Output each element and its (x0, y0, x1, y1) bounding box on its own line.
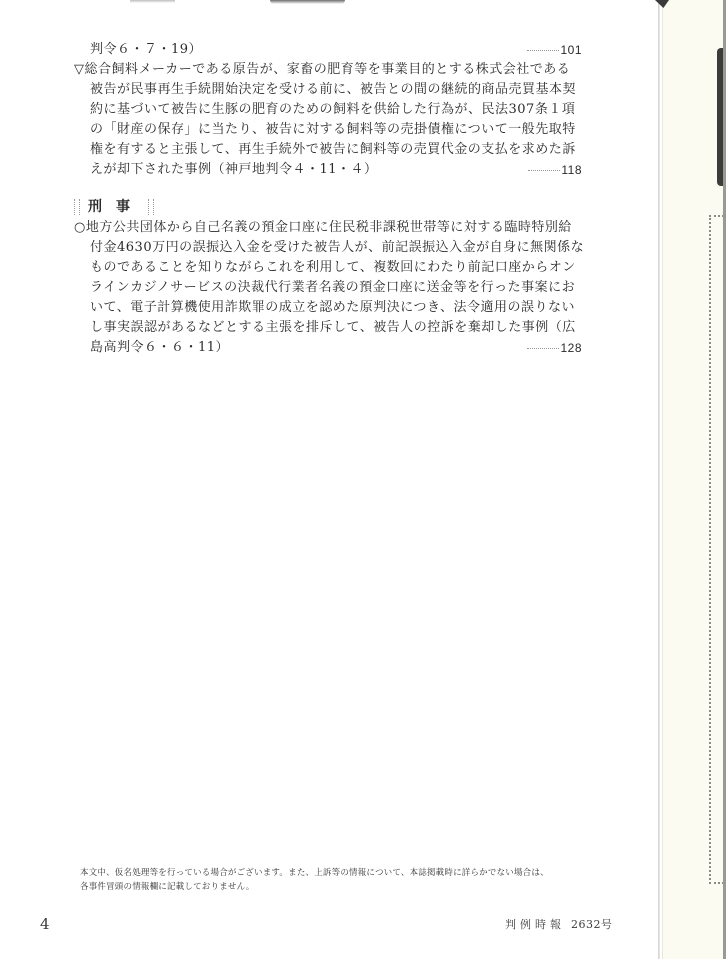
toc-line: ものであることを知りながらこれを利用して、複数回にわたり前記口座からオン (74, 258, 584, 278)
leader-dots (527, 348, 559, 349)
toc-line: し事実誤認があるなどとする主張を排斥して、被告人の控訴を棄却した事例（広 (74, 318, 584, 338)
page-number: 4 (40, 915, 50, 933)
toc-line: ラインカジノサービスの決裁代行業者名義の預金口座に送金等を行った事案にお (74, 278, 584, 298)
toc-line: えが却下された事例（神戸地判令４・11・４） 118 (74, 160, 584, 180)
toc-line: 約に基づいて被告に生豚の肥育のための飼料を供給した行為が、民法307条１項 (74, 100, 584, 120)
toc-entry-criminal[interactable]: ○地方公共団体から自己名義の預金口座に住民税非課税世帯等に対する臨時特別給 付金… (74, 218, 584, 358)
toc-line: ○地方公共団体から自己名義の預金口座に住民税非課税世帯等に対する臨時特別給 (74, 218, 584, 238)
toc-line: 権を有すると主張して、再生手続外で被告に飼料等の売買代金の支払を求めた訴 (74, 140, 584, 160)
issue-number: 2632号 (571, 918, 613, 931)
page-reference[interactable]: 118 (528, 160, 582, 180)
table-of-contents: 判令６・７・19） 101 ▽総合飼料メーカーである原告が、家畜の肥育等を事業目… (74, 40, 584, 358)
page-reference[interactable]: 128 (527, 338, 582, 358)
page-gutter (658, 0, 660, 959)
page-reference[interactable]: 101 (527, 40, 582, 60)
toc-line: 判令６・７・19） 101 (74, 40, 584, 60)
journal-footer: 判例時報2632号 (505, 916, 613, 932)
toc-entry-civil[interactable]: ▽総合飼料メーカーである原告が、家畜の肥育等を事業目的とする株式会社である 被告… (74, 60, 584, 180)
leader-dots (528, 170, 560, 171)
heading-ornament (148, 199, 154, 215)
toc-line: ▽総合飼料メーカーである原告が、家畜の肥育等を事業目的とする株式会社である (74, 60, 584, 80)
leader-dots (527, 50, 559, 51)
editorial-notice: 本文中、仮名処理等を行っている場合がございます。また、上訴等の情報について、本誌… (80, 866, 590, 894)
heading-ornament (74, 199, 80, 215)
toc-entry-civil-continuation[interactable]: 判令６・７・19） 101 (74, 40, 584, 60)
toc-line: の「財産の保存」に当たり、被告に対する飼料等の売掛債権について一般先取特 (74, 120, 584, 140)
section-heading-criminal: 刑事 (74, 196, 584, 218)
page-edge-shadow (130, 0, 175, 3)
page-edge-shadow (270, 0, 345, 4)
toc-line: 島高判令６・６・11） 128 (74, 338, 584, 358)
toc-line: 付金4630万円の誤振込入金を受けた被告人が、前記誤振込入金が自身に無関係な (74, 238, 584, 258)
toc-line: 被告が民事再生手続開始決定を受ける前に、被告との間の継続的商品売買基本契 (74, 80, 584, 100)
journal-title: 判例時報 (505, 918, 565, 931)
toc-line: いて、電子計算機使用詐欺罪の成立を認めた原判決につき、法令適用の誤りない (74, 298, 584, 318)
